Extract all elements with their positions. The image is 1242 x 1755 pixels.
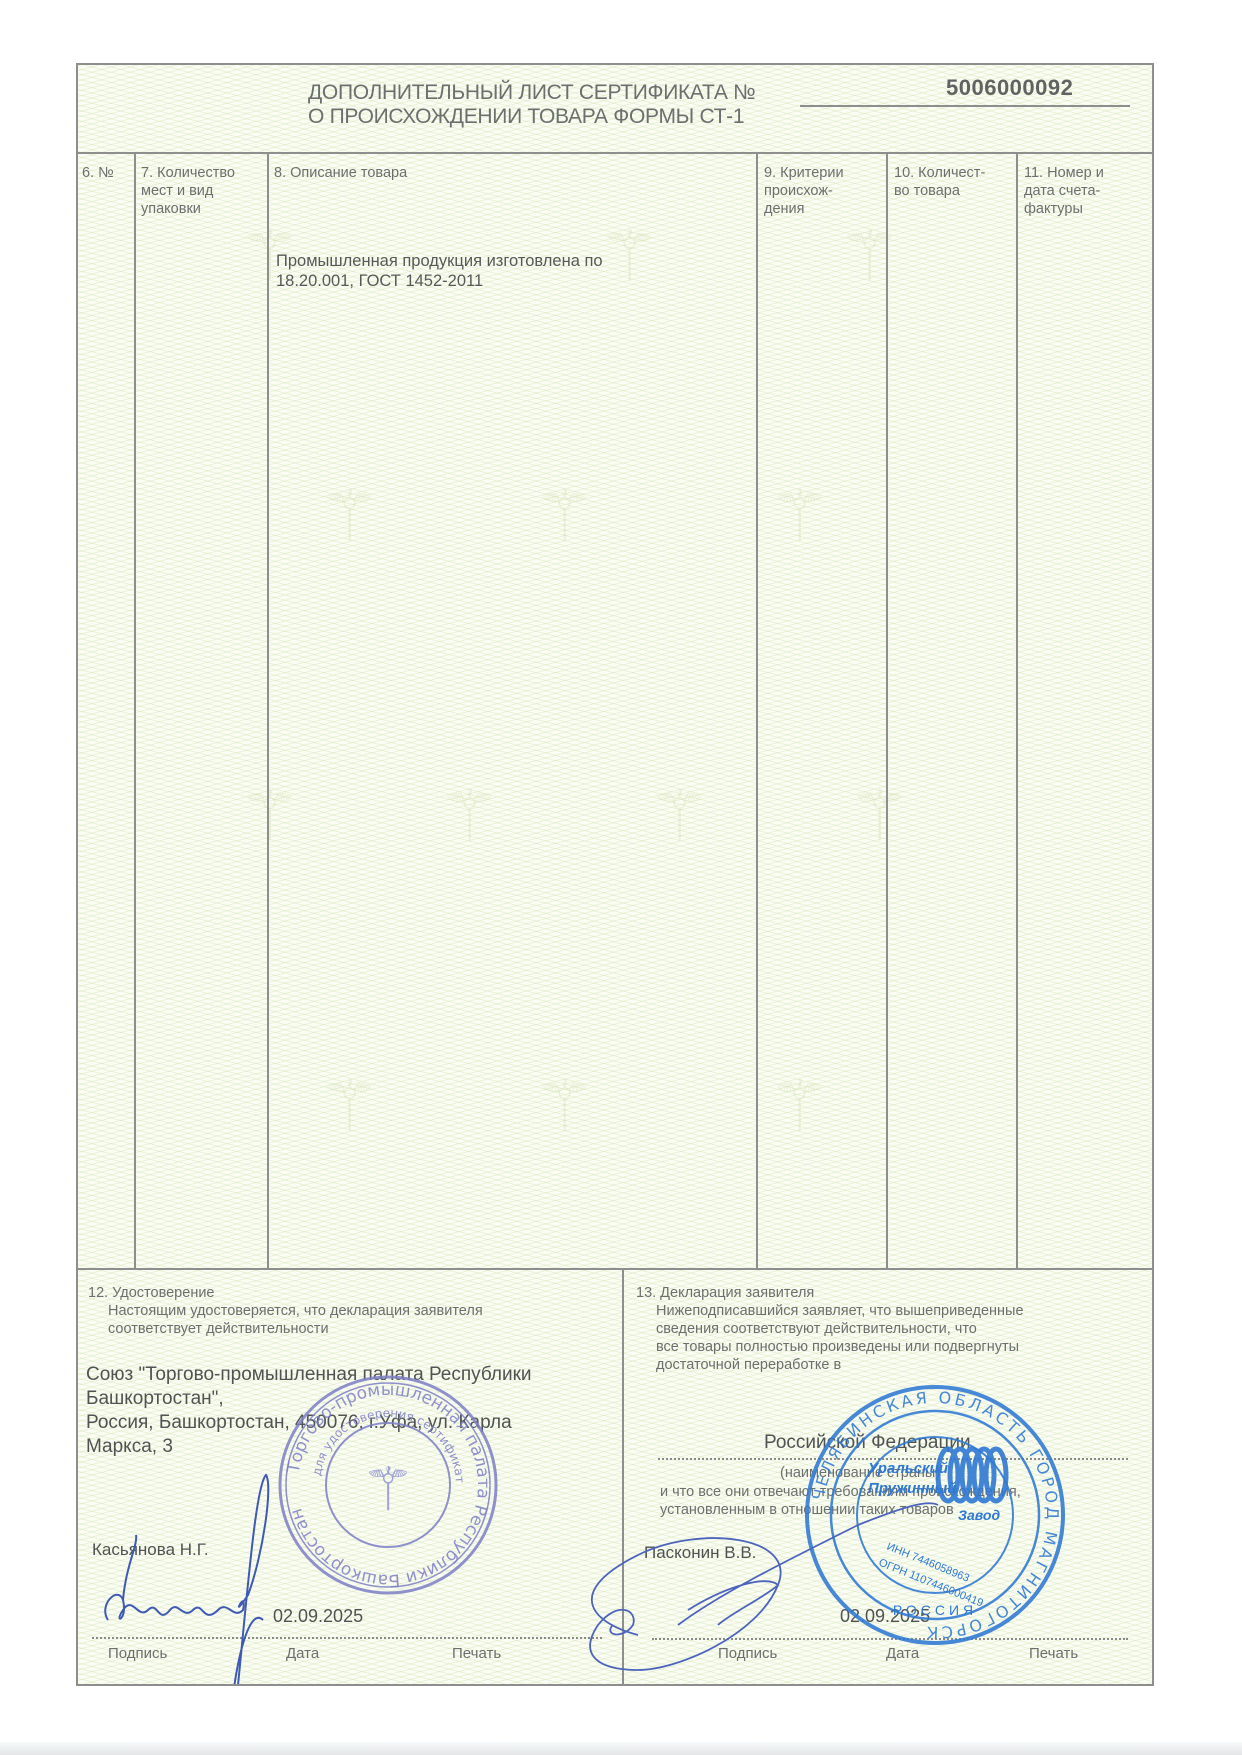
- company-name-line-2: Пружинный: [868, 1480, 956, 1497]
- company-name-line-1: Уральский: [868, 1460, 948, 1477]
- page-bottom-edge: [0, 1742, 1242, 1755]
- chamber-stamp-inner-text: для удостоверения сертификатов: [78, 65, 467, 1484]
- certificate-sheet: ⚚ ⚚ ⚚ ⚚ ⚚ ⚚ ⚚ ⚚ ⚚ ⚚ ⚚ ⚚ ⚚ ДОПОЛНИТЕЛЬНЫЙ…: [76, 63, 1154, 1686]
- caduceus-icon: ⚚: [361, 1456, 415, 1523]
- company-stamp-country: РОССИЯ: [893, 1602, 977, 1618]
- signature-right: [590, 1503, 938, 1670]
- signature-left: [105, 1475, 268, 1686]
- company-name-line-3: Завод: [958, 1507, 1000, 1523]
- signature-left-stroke: [123, 1535, 136, 1600]
- stamps-and-signatures: Торгово-промышленная палата Республики Б…: [78, 65, 1154, 1686]
